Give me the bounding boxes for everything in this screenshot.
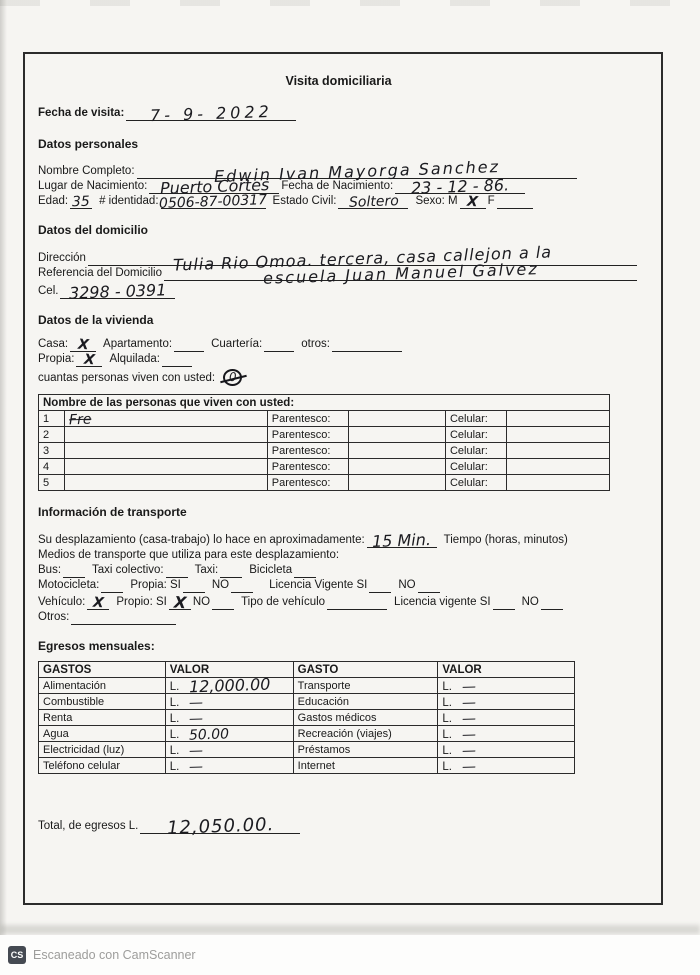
motocicleta-row: Motocicleta: Propia: SI NO Licencia Vige…	[38, 578, 639, 593]
celular-label: Celular:	[445, 459, 506, 475]
egresos-header-gastos: GASTOS	[39, 662, 166, 678]
currency-label: L.	[170, 681, 180, 693]
parentesco-cell	[348, 427, 445, 443]
casa-mark-handwritten: X	[77, 338, 89, 353]
edad-handwritten: 35	[72, 195, 90, 210]
form-sheet: Visita domiciliaria Fecha de visita: 7- …	[23, 52, 663, 905]
nombre-scribble-handwritten: Fre	[69, 412, 92, 427]
valor-handwritten: —	[462, 743, 476, 757]
valor-cell: L.—	[438, 742, 575, 758]
form-title: Visita domiciliaria	[38, 74, 639, 88]
bus-field	[63, 564, 85, 578]
tipo-vehiculo-label: Tipo de vehículo	[241, 595, 325, 610]
celular-cell	[506, 475, 609, 491]
fecha-nacimiento-field: 23 - 12 - 86.	[395, 180, 525, 194]
propio-no-label: NO	[193, 595, 210, 610]
casa-field: X	[70, 338, 96, 352]
bicicleta-field	[294, 564, 316, 578]
referencia-label: Referencia del Domicilio	[38, 266, 162, 281]
currency-label: L.	[170, 713, 180, 725]
otros-vivienda-label: otros:	[301, 337, 330, 352]
taxi-field	[220, 564, 242, 578]
cel-label: Cel.	[38, 284, 58, 299]
direccion-row: Dirección Tulia Rio Omoa. tercera, casa …	[38, 247, 639, 266]
table-row: Teléfono celular L.— Internet L.—	[39, 758, 575, 774]
currency-label: L.	[442, 761, 452, 773]
licencia-no-label: NO	[522, 595, 539, 610]
personas-table-header-row: Nombre de las personas que viven con ust…	[39, 395, 610, 411]
nombre-cell	[65, 459, 267, 475]
medios-row: Medios de transporte que utiliza para es…	[38, 548, 639, 563]
valor-cell: L.—	[165, 758, 293, 774]
row-number: 2	[39, 427, 65, 443]
egresos-table: GASTOS VALOR GASTO VALOR Alimentación L.…	[38, 661, 575, 774]
motocicleta-field	[101, 579, 123, 593]
motocicleta-label: Motocicleta:	[38, 578, 99, 593]
egresos-header-row: GASTOS VALOR GASTO VALOR	[39, 662, 575, 678]
row-number: 3	[39, 443, 65, 459]
table-row: 1 Fre Parentesco: Celular:	[39, 411, 610, 427]
gasto-cell: Gastos médicos	[293, 710, 438, 726]
sexo-m-mark-handwritten: X	[467, 195, 479, 210]
moto-no-label: NO	[212, 578, 229, 593]
celular-cell	[506, 443, 609, 459]
direccion-field: Tulia Rio Omoa. tercera, casa callejon a…	[88, 252, 637, 266]
moto-licencia-no-field	[418, 579, 440, 593]
casa-label: Casa:	[38, 337, 68, 352]
fecha-visita-row: Fecha de visita: 7- 9- 2022	[38, 106, 639, 121]
licencia-no-field	[541, 596, 563, 610]
edad-field: 35	[70, 195, 92, 209]
edad-label: Edad:	[38, 194, 68, 209]
celular-label: Celular:	[445, 411, 506, 427]
desplazamiento-handwritten: 15 Min.	[372, 533, 431, 549]
cuantas-handwritten-zero: 0	[223, 369, 242, 386]
parentesco-label: Parentesco:	[267, 459, 348, 475]
camscanner-text: Escaneado con CamScanner	[33, 948, 196, 962]
apartamento-field	[174, 338, 204, 352]
valor-handwritten: —	[189, 711, 203, 725]
personas-table-header: Nombre de las personas que viven con ust…	[39, 395, 610, 411]
bus-row: Bus: Taxi colectivo: Taxi: Bicicleta	[38, 563, 639, 578]
licencia-si-field	[493, 596, 515, 610]
currency-label: L.	[170, 745, 180, 757]
celular-cell	[506, 459, 609, 475]
bicicleta-label: Bicicleta	[249, 563, 292, 578]
otros-transporte-field	[71, 611, 176, 625]
celular-label: Celular:	[445, 475, 506, 491]
identidad-label: # identidad:	[99, 194, 158, 209]
gasto-cell: Combustible	[39, 694, 166, 710]
nombre-cell	[65, 443, 267, 459]
celular-cell	[506, 411, 609, 427]
casa-row: Casa: X Apartamento: Cuartería: otros:	[38, 337, 639, 352]
edad-row: Edad: 35 # identidad: 0506-87-00317 Esta…	[38, 194, 639, 209]
valor-handwritten: 50.00	[189, 727, 230, 742]
cuantas-label: cuantas personas viven con usted:	[38, 371, 215, 386]
parentesco-label: Parentesco:	[267, 427, 348, 443]
estado-civil-label: Estado Civil:	[273, 194, 337, 209]
fecha-nacimiento-handwritten: 23 - 12 - 86.	[411, 178, 509, 195]
nombre-cell: Fre	[65, 411, 267, 427]
desplazamiento-field: 15 Min.	[367, 534, 437, 548]
nombre-cell	[65, 427, 267, 443]
gasto-cell: Agua	[39, 726, 166, 742]
currency-label: L.	[170, 761, 180, 773]
bus-label: Bus:	[38, 563, 61, 578]
moto-licencia-si-field	[369, 579, 391, 593]
cuantas-row: cuantas personas viven con usted: 0	[38, 367, 639, 386]
taxi-colectivo-field	[166, 564, 188, 578]
egresos-heading: Egresos mensuales:	[38, 639, 639, 653]
valor-cell: L.—	[438, 710, 575, 726]
gasto-cell: Alimentación	[39, 678, 166, 694]
valor-cell: L.—	[438, 758, 575, 774]
identidad-handwritten: 0506-87-00317	[159, 193, 268, 211]
table-row: Combustible L.— Educación L.—	[39, 694, 575, 710]
cel-field: 3298 - 0391	[60, 285, 175, 299]
personas-table: Nombre de las personas que viven con ust…	[38, 394, 610, 491]
nombre-row: Nombre Completo: Edwin Ivan Mayorga Sanc…	[38, 161, 639, 179]
otros-transporte-label: Otros:	[38, 610, 69, 625]
total-handwritten: 12,050.00.	[166, 818, 274, 836]
estado-civil-handwritten: Soltero	[348, 194, 398, 210]
celular-cell	[506, 427, 609, 443]
currency-label: L.	[442, 697, 452, 709]
parentesco-cell	[348, 411, 445, 427]
table-row: 3 Parentesco: Celular:	[39, 443, 610, 459]
parentesco-label: Parentesco:	[267, 411, 348, 427]
propio-label: Propio: SI	[116, 595, 167, 610]
table-row: Alimentación L.12,000.00 Transporte L.—	[39, 678, 575, 694]
propia-mark-handwritten: X	[84, 353, 96, 368]
vehiculo-field: X	[87, 596, 109, 610]
datos-domicilio-heading: Datos del domicilio	[38, 223, 639, 237]
medios-label: Medios de transporte que utiliza para es…	[38, 548, 339, 563]
nombre-cell	[65, 475, 267, 491]
moto-propia-label: Propia: SI	[130, 578, 181, 593]
currency-label: L.	[442, 713, 452, 725]
table-row: 4 Parentesco: Celular:	[39, 459, 610, 475]
valor-cell: L.—	[438, 694, 575, 710]
gasto-cell: Transporte	[293, 678, 438, 694]
cuarteria-field	[264, 338, 294, 352]
gasto-cell: Renta	[39, 710, 166, 726]
tiempo-label: Tiempo (horas, minutos)	[444, 533, 568, 548]
currency-label: L.	[442, 681, 452, 693]
nombre-label: Nombre Completo:	[38, 164, 135, 179]
valor-cell: L.—	[165, 710, 293, 726]
propia-row: Propia: X Alquilada:	[38, 352, 639, 367]
vehiculo-mark-handwritten: X	[92, 596, 104, 611]
vehiculo-row: Vehículo: X Propio: SI X NO Tipo de vehí…	[38, 593, 639, 610]
valor-handwritten: —	[462, 679, 476, 693]
estado-civil-field: Soltero	[338, 195, 408, 209]
camscanner-icon: CS	[8, 946, 26, 964]
lugar-nacimiento-label: Lugar de Nacimiento:	[38, 179, 147, 194]
parentesco-label: Parentesco:	[267, 475, 348, 491]
sexo-f-label: F	[488, 194, 495, 209]
desplazamiento-row: Su desplazamiento (casa-trabajo) lo hace…	[38, 529, 639, 548]
table-row: 5 Parentesco: Celular:	[39, 475, 610, 491]
taxi-label: Taxi:	[195, 563, 219, 578]
scan-artifact-left	[0, 0, 7, 935]
propio-no-field	[212, 596, 234, 610]
valor-handwritten: —	[462, 711, 476, 725]
currency-label: L.	[442, 745, 452, 757]
scanned-page: Visita domiciliaria Fecha de visita: 7- …	[0, 0, 700, 975]
tipo-vehiculo-field	[327, 596, 387, 610]
fecha-visita-handwritten: 7- 9- 2022	[150, 105, 273, 123]
cuantas-value: 0	[229, 370, 237, 384]
propio-si-field: X	[169, 596, 191, 610]
valor-handwritten: —	[189, 759, 203, 773]
table-row: Agua L.50.00 Recreación (viajes) L.—	[39, 726, 575, 742]
scan-artifact-top	[0, 0, 700, 6]
gasto-cell: Internet	[293, 758, 438, 774]
referencia-row: Referencia del Domicilio escuela Juan Ma…	[38, 266, 639, 281]
parentesco-label: Parentesco:	[267, 443, 348, 459]
currency-label: L.	[170, 729, 180, 741]
apartamento-label: Apartamento:	[103, 337, 172, 352]
row-number: 5	[39, 475, 65, 491]
cel-handwritten: 3298 - 0391	[69, 283, 167, 300]
row-number: 4	[39, 459, 65, 475]
fecha-visita-field: 7- 9- 2022	[126, 107, 296, 121]
propia-field: X	[76, 353, 102, 367]
otros-transporte-row: Otros:	[38, 610, 639, 625]
alquilada-field	[162, 353, 192, 367]
fecha-visita-label: Fecha de visita:	[38, 106, 124, 121]
datos-vivienda-heading: Datos de la vivienda	[38, 313, 639, 327]
moto-licencia-no-label: NO	[398, 578, 415, 593]
valor-handwritten: —	[189, 695, 203, 709]
gasto-cell: Préstamos	[293, 742, 438, 758]
valor-handwritten: 12,000.00	[189, 678, 271, 695]
transporte-heading: Información de transporte	[38, 505, 639, 519]
currency-label: L.	[442, 729, 452, 741]
valor-cell: L.—	[165, 694, 293, 710]
row-number: 1	[39, 411, 65, 427]
camscanner-footer: CS Escaneado con CamScanner	[0, 935, 700, 975]
valor-cell: L.—	[438, 678, 575, 694]
desplazamiento-label: Su desplazamiento (casa-trabajo) lo hace…	[38, 533, 365, 548]
total-label: Total, de egresos L.	[38, 819, 138, 834]
datos-personales-heading: Datos personales	[38, 137, 639, 151]
gasto-cell: Teléfono celular	[39, 758, 166, 774]
table-row: Electricidad (luz) L.— Préstamos L.—	[39, 742, 575, 758]
direccion-label: Dirección	[38, 251, 86, 266]
valor-cell: L.12,000.00	[165, 678, 293, 694]
celular-label: Celular:	[445, 443, 506, 459]
valor-cell: L.—	[438, 726, 575, 742]
moto-licencia-label: Licencia Vigente SI	[269, 578, 367, 593]
licencia-vigente-label: Licencia vigente SI	[394, 595, 491, 610]
egresos-header-valor-2: VALOR	[438, 662, 575, 678]
cuarteria-label: Cuartería:	[211, 337, 262, 352]
valor-handwritten: —	[462, 727, 476, 741]
currency-label: L.	[170, 697, 180, 709]
identidad-field: 0506-87-00317	[161, 195, 266, 209]
valor-cell: L.—	[165, 742, 293, 758]
gasto-cell: Educación	[293, 694, 438, 710]
valor-cell: L.50.00	[165, 726, 293, 742]
valor-handwritten: —	[462, 759, 476, 773]
moto-no-field	[231, 579, 253, 593]
gasto-cell: Electricidad (luz)	[39, 742, 166, 758]
egresos-header-gasto: GASTO	[293, 662, 438, 678]
scan-artifact-smudge	[0, 925, 700, 934]
taxi-colectivo-label: Taxi colectivo:	[92, 563, 164, 578]
propio-mark-handwritten: X	[173, 596, 186, 611]
valor-handwritten: —	[189, 743, 203, 757]
sexo-m-field: X	[460, 195, 486, 209]
vehiculo-label: Vehículo:	[38, 595, 85, 610]
parentesco-cell	[348, 443, 445, 459]
gasto-cell: Recreación (viajes)	[293, 726, 438, 742]
alquilada-label: Alquilada:	[109, 352, 160, 367]
propia-label: Propia:	[38, 352, 74, 367]
celular-label: Celular:	[445, 427, 506, 443]
table-row: 2 Parentesco: Celular:	[39, 427, 610, 443]
valor-handwritten: —	[462, 695, 476, 709]
parentesco-cell	[348, 475, 445, 491]
table-row: Renta L.— Gastos médicos L.—	[39, 710, 575, 726]
total-field: 12,050.00.	[140, 820, 300, 834]
otros-vivienda-field	[332, 338, 402, 352]
total-row: Total, de egresos L. 12,050.00.	[38, 812, 639, 834]
moto-propia-si-field	[183, 579, 205, 593]
sexo-f-field	[497, 195, 533, 209]
parentesco-cell	[348, 459, 445, 475]
